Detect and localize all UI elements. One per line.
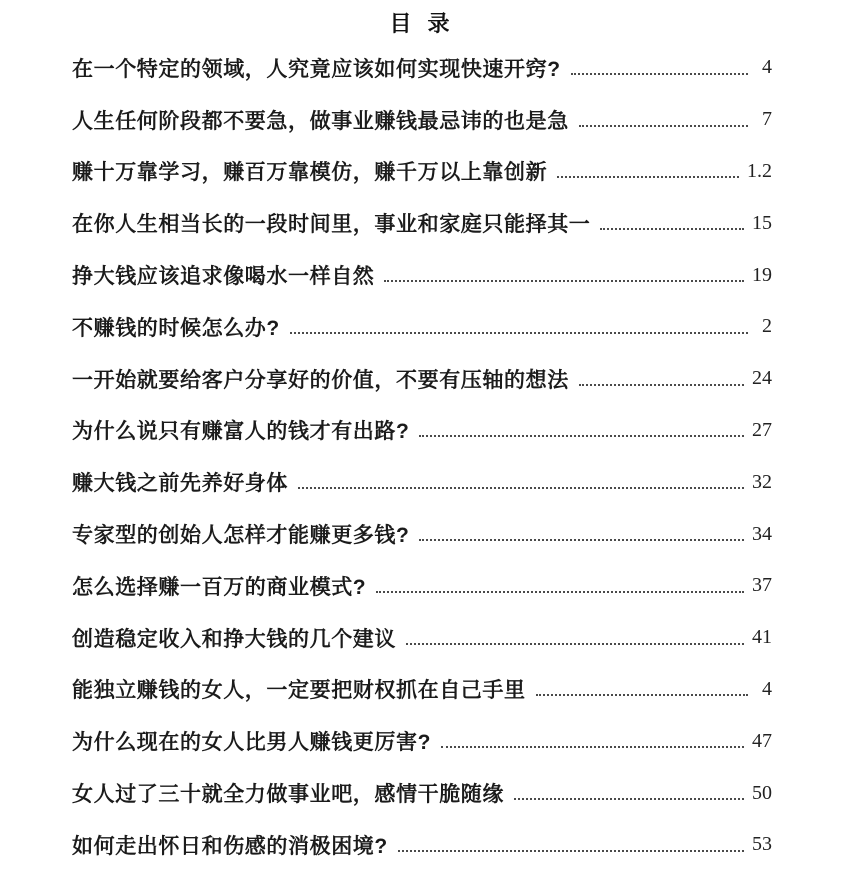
toc-entry-title: 在你人生相当长的一段时间里，事业和家庭只能择其一 bbox=[72, 208, 590, 238]
toc-entry-title: 为什么说只有赚富人的钱才有出路? bbox=[72, 415, 409, 445]
toc-entry-page-number: 37 bbox=[752, 574, 772, 597]
dotted-leader bbox=[298, 487, 744, 489]
dotted-leader bbox=[419, 435, 744, 437]
dotted-leader bbox=[290, 332, 748, 334]
toc-entry-page-number: 4 bbox=[756, 56, 772, 79]
toc-entry-title: 在一个特定的领域，人究竟应该如何实现快速开窍? bbox=[72, 53, 561, 83]
dotted-leader bbox=[557, 176, 739, 178]
toc-entry: 不赚钱的时候怎么办? 2 bbox=[72, 301, 772, 353]
toc-entry: 在一个特定的领域，人究竟应该如何实现快速开窍? 4 bbox=[72, 42, 772, 94]
toc-entry-page-number: 41 bbox=[752, 626, 772, 649]
dotted-leader bbox=[536, 694, 748, 696]
toc-entry: 人生任何阶段都不要急，做事业赚钱最忌讳的也是急 7 bbox=[72, 94, 772, 146]
page-title: 目 录 bbox=[72, 8, 772, 40]
toc-entry-title: 不赚钱的时候怎么办? bbox=[72, 312, 280, 342]
toc-entry: 赚十万靠学习，赚百万靠模仿，赚千万以上靠创新 1.2 bbox=[72, 146, 772, 198]
toc-entry-page-number: 7 bbox=[756, 108, 772, 131]
toc-entry: 赚大钱之前先养好身体 32 bbox=[72, 456, 772, 508]
toc-entry-title: 如何走出怀日和伤感的消极困境? bbox=[72, 830, 388, 860]
toc-entry: 能独立赚钱的女人，一定要把财权抓在自己手里 4 bbox=[72, 664, 772, 716]
toc-entry: 在你人生相当长的一段时间里，事业和家庭只能择其一 15 bbox=[72, 197, 772, 249]
dotted-leader bbox=[600, 228, 744, 230]
toc-entry-title: 为什么现在的女人比男人赚钱更厉害? bbox=[72, 726, 431, 756]
toc-entry-title: 怎么选择赚一百万的商业模式? bbox=[72, 571, 366, 601]
toc-entry-page-number: 27 bbox=[752, 419, 772, 442]
toc-entry-title: 人生任何阶段都不要急，做事业赚钱最忌讳的也是急 bbox=[72, 105, 569, 135]
toc-entry-page-number: 19 bbox=[752, 264, 772, 287]
dotted-leader bbox=[398, 850, 744, 852]
toc-entry-title: 赚大钱之前先养好身体 bbox=[72, 467, 288, 497]
toc-entry: 为什么说只有赚富人的钱才有出路? 27 bbox=[72, 405, 772, 457]
dotted-leader bbox=[406, 643, 744, 645]
toc-entry-title: 专家型的创始人怎样才能赚更多钱? bbox=[72, 519, 409, 549]
toc-entry: 专家型的创始人怎样才能赚更多钱? 34 bbox=[72, 508, 772, 560]
dotted-leader bbox=[419, 539, 744, 541]
toc-entry-page-number: 50 bbox=[752, 782, 772, 805]
dotted-leader bbox=[441, 746, 744, 748]
toc-page: 目 录 在一个特定的领域，人究竟应该如何实现快速开窍? 4 人生任何阶段都不要急… bbox=[0, 0, 850, 870]
toc-entry-page-number: 34 bbox=[752, 523, 772, 546]
toc-entry: 怎么选择赚一百万的商业模式? 37 bbox=[72, 560, 772, 612]
toc-entry: 女人过了三十就全力做事业吧，感情干脆随缘 50 bbox=[72, 767, 772, 819]
toc-entry: 一开始就要给客户分享好的价值，不要有压轴的想法 24 bbox=[72, 353, 772, 405]
dotted-leader bbox=[376, 591, 744, 593]
toc-entry-title: 一开始就要给客户分享好的价值，不要有压轴的想法 bbox=[72, 364, 569, 394]
toc-entry-title: 女人过了三十就全力做事业吧，感情干脆随缘 bbox=[72, 778, 504, 808]
dotted-leader bbox=[579, 384, 744, 386]
toc-entry: 挣大钱应该追求像喝水一样自然 19 bbox=[72, 249, 772, 301]
toc-entry-title: 创造稳定收入和挣大钱的几个建议 bbox=[72, 623, 396, 653]
toc-entry-page-number: 24 bbox=[752, 367, 772, 390]
dotted-leader bbox=[384, 280, 744, 282]
toc-entry: 如何走出怀日和伤感的消极困境? 53 bbox=[72, 819, 772, 870]
toc-entry: 为什么现在的女人比男人赚钱更厉害? 47 bbox=[72, 715, 772, 767]
toc-entry-title: 挣大钱应该追求像喝水一样自然 bbox=[72, 260, 374, 290]
dotted-leader bbox=[579, 125, 748, 127]
dotted-leader bbox=[514, 798, 744, 800]
toc-entry-title: 赚十万靠学习，赚百万靠模仿，赚千万以上靠创新 bbox=[72, 156, 547, 186]
dotted-leader bbox=[571, 73, 748, 75]
toc-entry-page-number: 1.2 bbox=[747, 160, 772, 183]
toc-entry: 创造稳定收入和挣大钱的几个建议 41 bbox=[72, 612, 772, 664]
toc-entry-page-number: 53 bbox=[752, 833, 772, 856]
toc-list: 在一个特定的领域，人究竟应该如何实现快速开窍? 4 人生任何阶段都不要急，做事业… bbox=[72, 42, 772, 870]
toc-entry-page-number: 4 bbox=[756, 678, 772, 701]
toc-entry-page-number: 32 bbox=[752, 471, 772, 494]
toc-entry-page-number: 47 bbox=[752, 730, 772, 753]
toc-entry-title: 能独立赚钱的女人，一定要把财权抓在自己手里 bbox=[72, 674, 526, 704]
toc-entry-page-number: 2 bbox=[756, 315, 772, 338]
toc-entry-page-number: 15 bbox=[752, 212, 772, 235]
